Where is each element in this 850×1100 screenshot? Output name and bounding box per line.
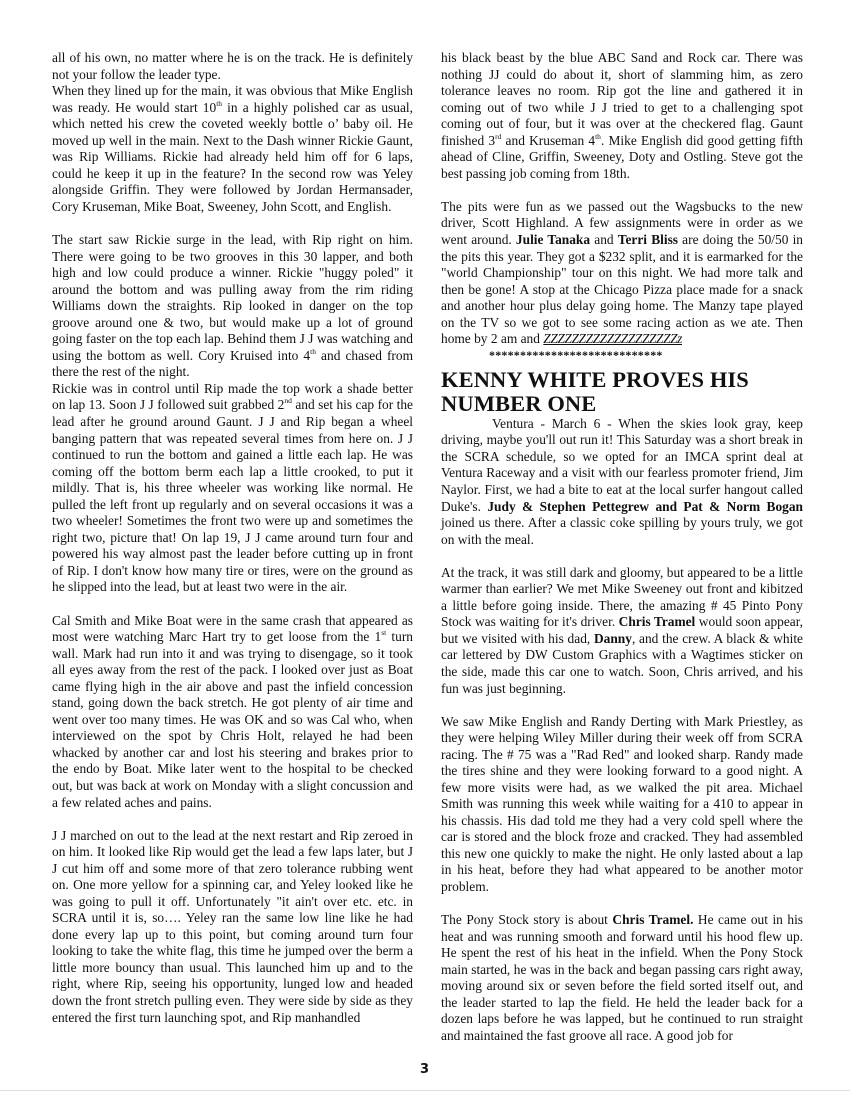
paragraph: The Pony Stock story is about Chris Tram… [441,912,803,1044]
paragraph: We saw Mike English and Randy Derting wi… [441,714,803,896]
paragraph: The pits were fun as we passed out the W… [441,199,803,348]
text-run: The Pony Stock story is about [441,912,612,927]
paragraph: The start saw Rickie surge in the lead, … [52,232,413,381]
section-separator: **************************** [441,348,803,362]
text-run: He came out in his heat and was running … [441,912,803,1043]
person-names: Judy & Stephen Pettegrew and Pat & Norm … [487,499,803,514]
text-run: and [590,232,618,247]
scan-edge-divider [0,1090,850,1091]
person-name: Chris Tramel. [612,912,693,927]
person-name: Danny [594,631,632,646]
text-run: Cal Smith and Mike Boat were in the same… [52,613,413,645]
sleep-zzz: ZZZZZZZZZZZZZZZZZZZz [543,331,682,346]
paragraph: all of his own, no matter where he is on… [52,50,413,83]
text-run: are doing the 50/50 in the pits this yea… [441,232,803,346]
text-run: joined us there. After a classic coke sp… [441,515,803,547]
text-run: and set his cap for the lead after he gr… [52,397,413,594]
right-column: his black beast by the blue ABC Sand and… [441,50,803,1044]
paragraph: his black beast by the blue ABC Sand and… [441,50,803,182]
page-number: 3 [420,1062,429,1077]
person-name: Terri Bliss [618,232,678,247]
left-column: all of his own, no matter where he is on… [52,50,413,1026]
paragraph: J J marched on out to the lead at the ne… [52,828,413,1027]
paragraph: When they lined up for the main, it was … [52,83,413,215]
text-run: and Kruseman 4 [501,133,595,148]
ordinal-suffix: nd [284,396,292,405]
paragraph: Ventura - March 6 - When the skies look … [441,416,803,548]
text-run: turn wall. Mark had run into it and was … [52,629,413,809]
person-name: Chris Tramel [619,614,696,629]
article-headline: KENNY WHITE PROVES HIS NUMBER ONE [441,368,803,416]
paragraph: Rickie was in control until Rip made the… [52,381,413,596]
text-run: The start saw Rickie surge in the lead, … [52,232,413,363]
person-name: Julie Tanaka [516,232,590,247]
text-run: in a highly polished car as usual, which… [52,100,413,214]
paragraph: Cal Smith and Mike Boat were in the same… [52,613,413,812]
paragraph: At the track, it was still dark and gloo… [441,565,803,697]
newsletter-page: all of his own, no matter where he is on… [0,0,850,1100]
